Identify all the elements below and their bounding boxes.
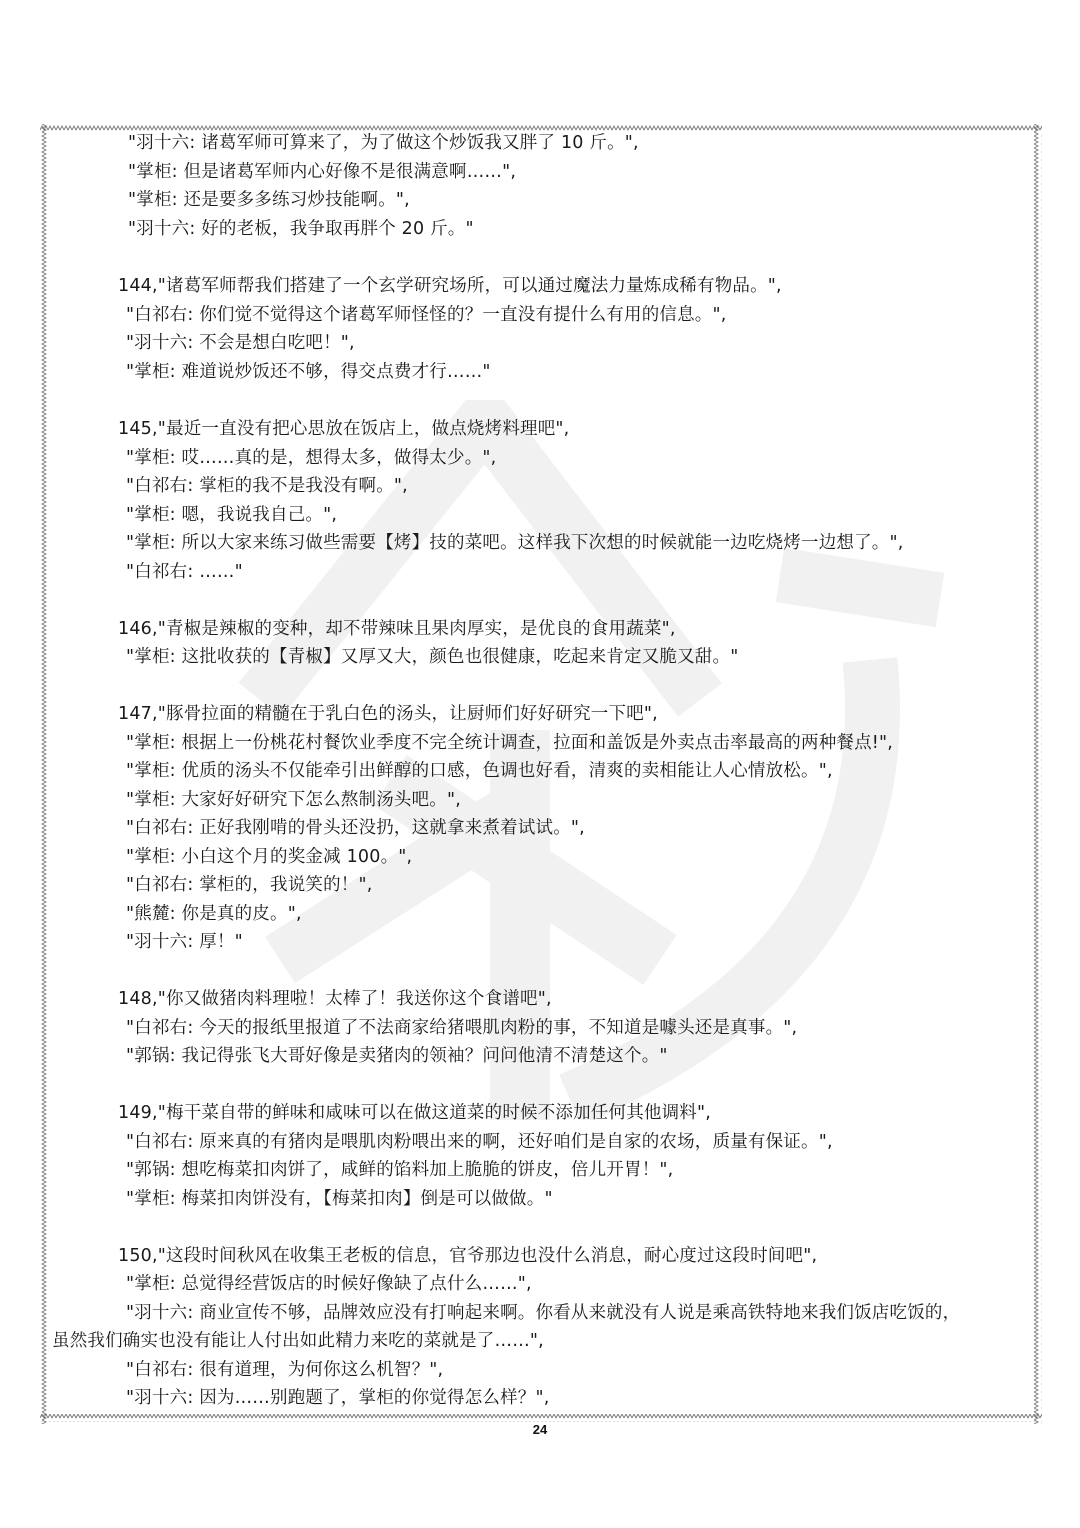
dialogue-line: "郭锅: 想吃梅菜扣肉饼了，咸鲜的馅料加上脆脆的饼皮，倍儿开胃！", [126,1156,673,1184]
dialogue-line: "掌柜: 大家好好研究下怎么熬制汤头吧。", [126,786,461,814]
dialogue-line: "掌柜: 总觉得经营饭店的时候好像缺了点什么……", [126,1270,532,1298]
dialogue-line: "掌柜: 小白这个月的奖金减 100。", [126,843,412,871]
entry-heading-149: 149,"梅干菜自带的鲜味和咸味可以在做这道菜的时候不添加任何其他调料", [118,1099,711,1127]
dialogue-line: "郭锅: 我记得张飞大哥好像是卖猪肉的领袖？问问他清不清楚这个。" [126,1042,668,1070]
dialogue-line: "掌柜: 优质的汤头不仅能牵引出鲜醇的口感，色调也好看，清爽的卖相能让人心情放松… [126,757,833,785]
dialogue-line: "羽十六: 好的老板，我争取再胖个 20 斤。" [128,215,474,243]
dialogue-line: "白祁右: ……" [126,558,243,586]
dialogue-line: "羽十六: 不会是想白吃吧！", [126,329,355,357]
dialogue-line: "掌柜: 梅菜扣肉饼没有，【梅菜扣肉】倒是可以做做。" [126,1185,553,1213]
dialogue-line: "羽十六: 商业宣传不够，品牌效应没有打响起来啊。你看从来就没有人说是乘高铁特地… [126,1299,960,1327]
entry-heading-145: 145,"最近一直没有把心思放在饭店上，做点烧烤料理吧", [118,415,569,443]
dialogue-line: "白祁右: 掌柜的我不是我没有啊。", [126,472,408,500]
dialogue-line: "白祁右: 正好我刚啃的骨头还没扔，这就拿来煮着试试。", [126,814,585,842]
dialogue-line: "熊麓: 你是真的皮。", [126,900,302,928]
entry-heading-148: 148,"你又做猪肉料理啦！太棒了！我送你这个食谱吧", [118,985,552,1013]
dialogue-line: "掌柜: 但是诸葛军师内心好像不是很满意啊……", [128,158,516,186]
dialogue-line-continuation: 虽然我们确实也没有能让人付出如此精力来吃的菜就是了……", [52,1327,544,1355]
dialogue-line: "掌柜: 哎……真的是，想得太多，做得太少。", [126,444,496,472]
dialogue-line: "羽十六: 因为……别跑题了，掌柜的你觉得怎么样？", [126,1384,550,1412]
page-number: 24 [0,1422,1080,1437]
dialogue-line: "掌柜: 还是要多多练习炒技能啊。", [128,186,410,214]
entry-heading-146: 146,"青椒是辣椒的变种，却不带辣味且果肉厚实，是优良的食用蔬菜", [118,615,676,643]
dialogue-line: "白祁右: 今天的报纸里报道了不法商家给猪喂肌肉粉的事，不知道是噱头还是真事。"… [126,1014,797,1042]
dialogue-line: "掌柜: 这批收获的【青椒】又厚又大，颜色也很健康，吃起来肯定又脆又甜。" [126,643,738,671]
dialogue-line: "白祁右: 你们觉不觉得这个诸葛军师怪怪的？一直没有提什么有用的信息。", [126,301,727,329]
dialogue-line: "羽十六: 厚！" [126,928,243,956]
entry-heading-147: 147,"豚骨拉面的精髓在于乳白色的汤头，让厨师们好好研究一下吧", [118,700,658,728]
entry-heading-150: 150,"这段时间秋风在收集王老板的信息，官爷那边也没什么消息，耐心度过这段时间… [118,1242,817,1270]
dialogue-line: "白祁右: 原来真的有猪肉是喂肌肉粉喂出来的啊，还好咱们是自家的农场，质量有保证… [126,1128,833,1156]
entry-heading-144: 144,"诸葛军师帮我们搭建了一个玄学研究场所，可以通过魔法力量炼成稀有物品。"… [118,272,782,300]
dialogue-line: "掌柜: 嗯，我说我自己。", [126,501,337,529]
dialogue-line: "白祁右: 掌柜的，我说笑的！", [126,871,373,899]
dialogue-line: "白祁右: 很有道理，为何你这么机智？", [126,1356,443,1384]
dialogue-line: "掌柜: 所以大家来练习做些需要【烤】技的菜吧。这样我下次想的时候就能一边吃烧烤… [126,529,904,557]
dialogue-line: "掌柜: 根据上一份桃花村餐饮业季度不完全统计调查，拉面和盖饭是外卖点击率最高的… [126,729,893,757]
page-frame: "羽十六: 诸葛军师可算来了，为了做这个炒饭我又胖了 10 斤。", "掌柜: … [40,124,1042,1424]
dialogue-line: "羽十六: 诸葛军师可算来了，为了做这个炒饭我又胖了 10 斤。", [128,129,639,157]
dialogue-line: "掌柜: 难道说炒饭还不够，得交点费才行……" [126,358,491,386]
